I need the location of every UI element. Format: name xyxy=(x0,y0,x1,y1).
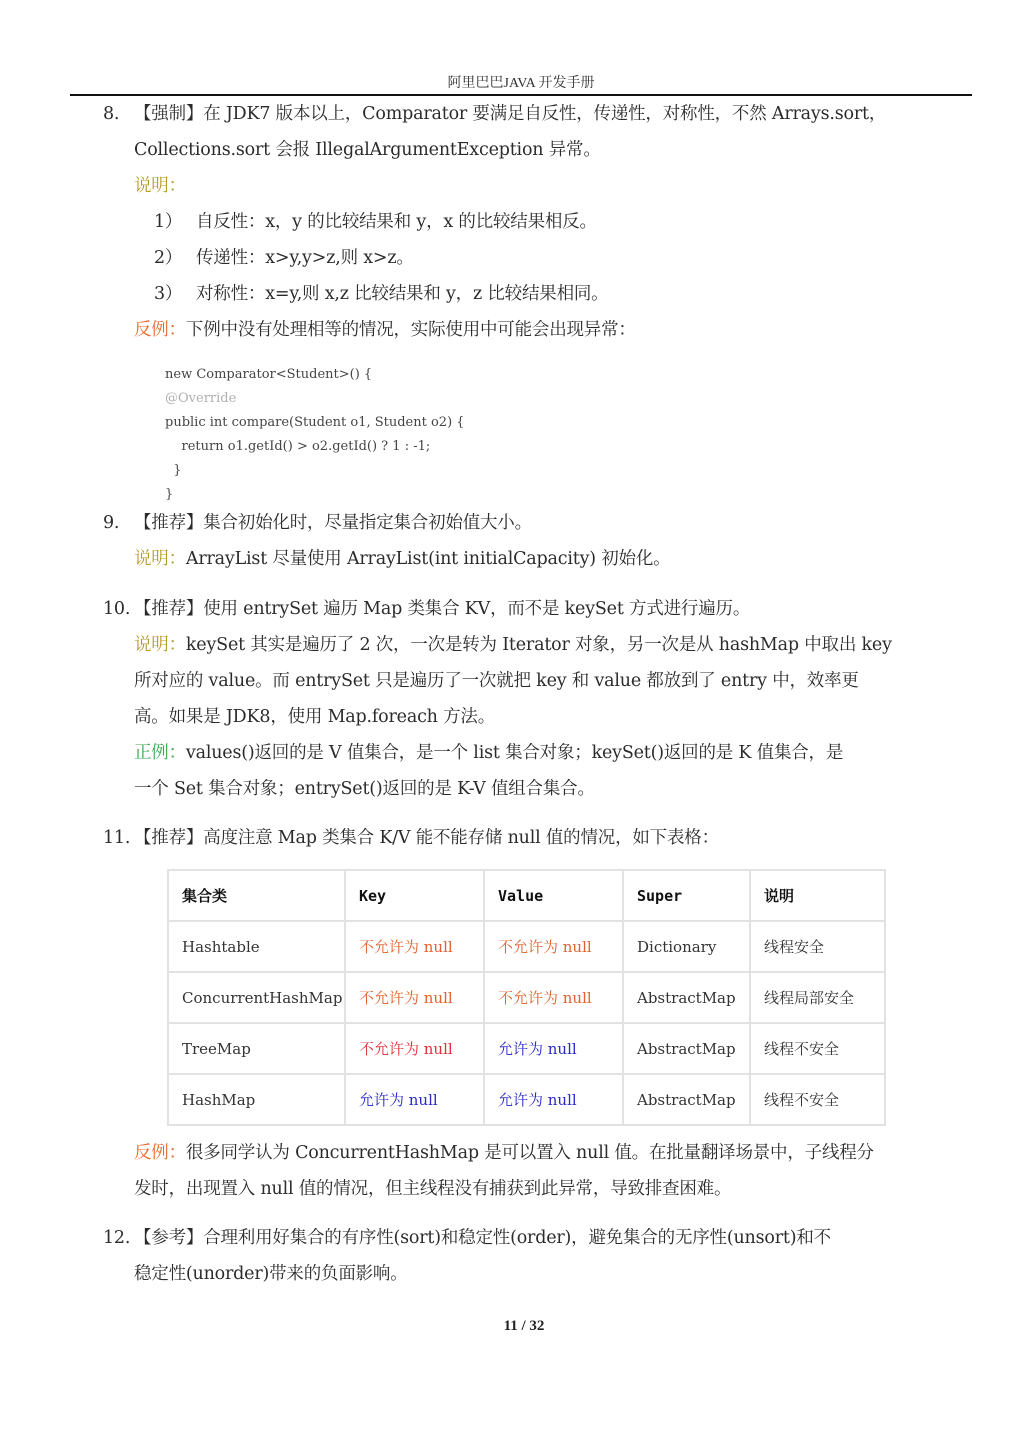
rule-11-line1: 11.【推荐】高度注意 Map 类集合 K/V 能不能存储 null 值的情况，… xyxy=(103,826,719,850)
rule-10-positive-line2: 一个 Set 集合对象；entrySet()返回的是 K-V 值组合集合。 xyxy=(134,777,595,801)
page-header-title: 阿里巴巴JAVA 开发手册 xyxy=(70,72,972,92)
rule-10-note-line2: 所对应的 value。而 entrySet 只是遍历了一次就把 key 和 va… xyxy=(134,669,859,693)
table-cell: 允许为 null xyxy=(484,1023,623,1074)
rule-8-line1: 8.【强制】在 JDK7 版本以上，Comparator 要满足自反性，传递性，… xyxy=(103,102,886,126)
table-cell: AbstractMap xyxy=(623,972,750,1023)
table-cell: AbstractMap xyxy=(623,1074,750,1125)
table-header-cell: 说明 xyxy=(750,870,885,921)
table-cell: AbstractMap xyxy=(623,1023,750,1074)
table-row: ConcurrentHashMap 不允许为 null 不允许为 null Ab… xyxy=(168,972,885,1023)
rule-11-counter-line2: 发时，出现置入 null 值的情况，但主线程没有捕获到此异常，导致排查困难。 xyxy=(134,1177,731,1201)
rule-8-line2: Collections.sort 会报 IllegalArgumentExcep… xyxy=(134,138,601,162)
table-cell: 不允许为 null xyxy=(484,972,623,1023)
rule-text: 【强制】在 JDK7 版本以上，Comparator 要满足自反性，传递性，对称… xyxy=(134,104,886,124)
table-cell: 不允许为 null xyxy=(484,921,623,972)
rule-12-line1: 12.【参考】合理利用好集合的有序性(sort)和稳定性(order)，避免集合… xyxy=(103,1226,831,1250)
map-null-table: 集合类 Key Value Super 说明 Hashtable 不允许为 nu… xyxy=(167,869,886,1126)
counter-example-label: 反例： xyxy=(134,1143,186,1163)
point-2: 2）传递性：x>y,y>z,则 x>z。 xyxy=(154,246,414,270)
code-line: } xyxy=(165,483,173,507)
counter-example: 反例：下例中没有处理相等的情况，实际使用中可能会出现异常： xyxy=(134,318,636,342)
table-header-cell: 集合类 xyxy=(168,870,345,921)
table-row: Hashtable 不允许为 null 不允许为 null Dictionary… xyxy=(168,921,885,972)
rule-10-line1: 10.【推荐】使用 entrySet 遍历 Map 类集合 KV，而不是 key… xyxy=(103,597,750,621)
rule-12-line2: 稳定性(unorder)带来的负面影响。 xyxy=(134,1262,408,1286)
table-header-row: 集合类 Key Value Super 说明 xyxy=(168,870,885,921)
note-label: 说明： xyxy=(134,174,186,198)
table-header-cell: Super xyxy=(623,870,750,921)
table-cell: TreeMap xyxy=(168,1023,345,1074)
table-cell: ConcurrentHashMap xyxy=(168,972,345,1023)
counter-example-label: 反例： xyxy=(134,320,186,340)
table-cell: 线程不安全 xyxy=(750,1074,885,1125)
rule-11-counter-line1: 反例：很多同学认为 ConcurrentHashMap 是可以置入 null 值… xyxy=(134,1141,874,1165)
code-line: @Override xyxy=(165,387,236,411)
header-divider xyxy=(70,94,972,96)
rule-number: 11. xyxy=(103,826,134,850)
point-1: 1）自反性：x，y 的比较结果和 y，x 的比较结果相反。 xyxy=(154,210,597,234)
table-cell: HashMap xyxy=(168,1074,345,1125)
positive-example-label: 正例： xyxy=(134,743,186,763)
table-cell: 不允许为 null xyxy=(345,1023,484,1074)
table-cell: 线程不安全 xyxy=(750,1023,885,1074)
table-cell: 线程局部安全 xyxy=(750,972,885,1023)
table-cell: 允许为 null xyxy=(484,1074,623,1125)
rule-number: 12. xyxy=(103,1226,134,1250)
table-header-cell: Value xyxy=(484,870,623,921)
table-cell: 不允许为 null xyxy=(345,972,484,1023)
code-line: public int compare(Student o1, Student o… xyxy=(165,411,465,435)
note-label: 说明： xyxy=(134,549,186,569)
rule-9-note: 说明：ArrayList 尽量使用 ArrayList(int initialC… xyxy=(134,547,670,571)
code-line: } xyxy=(165,459,182,483)
code-line: new Comparator<Student>() { xyxy=(165,363,372,387)
note-label: 说明： xyxy=(134,635,186,655)
rule-number: 8. xyxy=(103,102,134,126)
table-row: TreeMap 不允许为 null 允许为 null AbstractMap 线… xyxy=(168,1023,885,1074)
rule-10-note-line3: 高。如果是 JDK8，使用 Map.foreach 方法。 xyxy=(134,705,495,729)
rule-10-note-line1: 说明：keySet 其实是遍历了 2 次，一次是转为 Iterator 对象，另… xyxy=(134,633,892,657)
rule-9-line1: 9.【推荐】集合初始化时，尽量指定集合初始值大小。 xyxy=(103,511,532,535)
rule-number: 9. xyxy=(103,511,134,535)
code-line: return o1.getId() > o2.getId() ? 1 : -1; xyxy=(165,435,430,459)
table-cell: 允许为 null xyxy=(345,1074,484,1125)
table-cell: Dictionary xyxy=(623,921,750,972)
rule-number: 10. xyxy=(103,597,134,621)
table-cell: Hashtable xyxy=(168,921,345,972)
table-cell: 不允许为 null xyxy=(345,921,484,972)
page-number: 11 / 32 xyxy=(0,1318,1018,1335)
point-3: 3）对称性：x=y,则 x,z 比较结果和 y，z 比较结果相同。 xyxy=(154,282,608,306)
table-row: HashMap 允许为 null 允许为 null AbstractMap 线程… xyxy=(168,1074,885,1125)
rule-10-positive-line1: 正例：values()返回的是 V 值集合，是一个 list 集合对象；keyS… xyxy=(134,741,843,765)
table-cell: 线程安全 xyxy=(750,921,885,972)
table-header-cell: Key xyxy=(345,870,484,921)
